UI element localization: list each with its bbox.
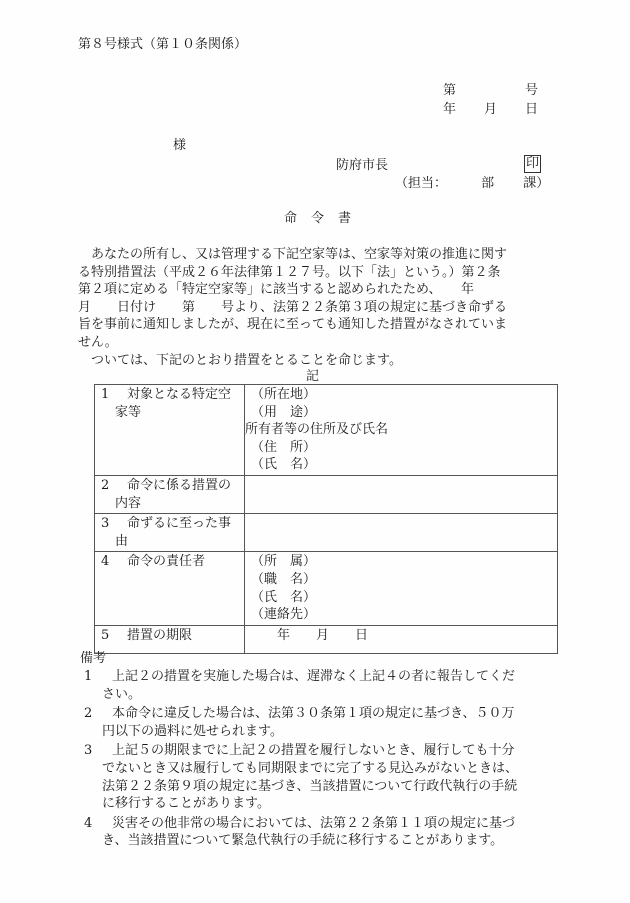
form-number: 第８号様式（第１０条関係） <box>78 36 247 54</box>
seal-mark: 印 <box>524 155 541 173</box>
note-item: 4 災害その他非常の場合においては、法第２２条第１１項の規定に基づ き、当該措置… <box>80 815 560 850</box>
row-value: 年 月 日 <box>245 625 558 653</box>
date-day: 日 <box>525 101 538 119</box>
body-line: 旨を事前に通知しましたが、現在に至っても通知した措置がなされていま <box>78 316 554 334</box>
note-item: 1 上記２の措置を実施した場合は、遅滞なく上記４の者に報告してくだ さい。 <box>80 668 560 703</box>
addressee-honorific: 様 <box>173 137 186 155</box>
ki-heading: 記 <box>306 368 319 386</box>
row-value <box>245 475 558 513</box>
table-row: 3命ずるに至った事 由 <box>95 514 558 552</box>
table-row: 4命令の責任者 （所 属） （職 名） （氏 名） （連絡先） <box>95 552 558 625</box>
notes-title: 備考 <box>80 650 106 668</box>
contact-info: （担当： 部 課） <box>395 175 549 193</box>
row-label: 2命令に係る措置の 内容 <box>95 475 245 513</box>
document-date: 年 月 日 <box>443 101 538 119</box>
document-title: 命令書 <box>284 210 365 228</box>
body-line: あなたの所有し、又は管理する下記空家等は、空家等対策の推進に関す <box>78 246 554 264</box>
body-line: 月 日付け 第 号より、法第２２条第３項の規定に基づき命ずる <box>78 299 554 317</box>
row-label: 1対象となる特定空 家等 <box>95 385 245 476</box>
contact-label: （担当： <box>395 175 477 193</box>
body-line: る特別措置法（平成２６年法律第１２７号。以下「法」という。）第２条 <box>78 264 554 282</box>
order-details-table: 1対象となる特定空 家等 （所在地） （用 途） 所有者等の住所及び氏名 （住 … <box>94 384 558 654</box>
date-month: 月 <box>484 101 497 119</box>
contact-section: 課） <box>523 175 549 193</box>
doc-number-suffix: 号 <box>525 82 538 100</box>
order-body: あなたの所有し、又は管理する下記空家等は、空家等対策の推進に関す る特別措置法（… <box>78 246 554 369</box>
row-value <box>245 514 558 552</box>
row-label: 4命令の責任者 <box>95 552 245 625</box>
body-line: 第２項に定める「特定空家等」に該当すると認められたため、 年 <box>78 281 554 299</box>
note-item: 2 本命令に違反した場合は、法第３０条第１項の規定に基づき、５０万 円以下の過料… <box>80 705 560 740</box>
table-row: 5措置の期限 年 月 日 <box>95 625 558 653</box>
doc-number-prefix: 第 <box>443 82 456 100</box>
notes-list: 1 上記２の措置を実施した場合は、遅滞なく上記４の者に報告してくだ さい。 2 … <box>80 668 560 852</box>
row-value: （所在地） （用 途） 所有者等の住所及び氏名 （住 所） （氏 名） <box>245 385 558 476</box>
body-line: せん。 <box>78 334 554 352</box>
date-year: 年 <box>443 101 456 119</box>
row-value: （所 属） （職 名） （氏 名） （連絡先） <box>245 552 558 625</box>
contact-department: 部 <box>481 175 519 193</box>
issuer-name: 防府市長 <box>336 157 388 175</box>
table-row: 1対象となる特定空 家等 （所在地） （用 途） 所有者等の住所及び氏名 （住 … <box>95 385 558 476</box>
document-number: 第 号 <box>443 82 538 100</box>
row-label: 5措置の期限 <box>95 625 245 653</box>
body-line: ついては、下記のとおり措置をとることを命じます。 <box>78 352 554 370</box>
row-label: 3命ずるに至った事 由 <box>95 514 245 552</box>
table-row: 2命令に係る措置の 内容 <box>95 475 558 513</box>
note-item: 3 上記５の期限までに上記２の措置を履行しないとき、履行しても十分 でないとき又… <box>80 742 560 812</box>
